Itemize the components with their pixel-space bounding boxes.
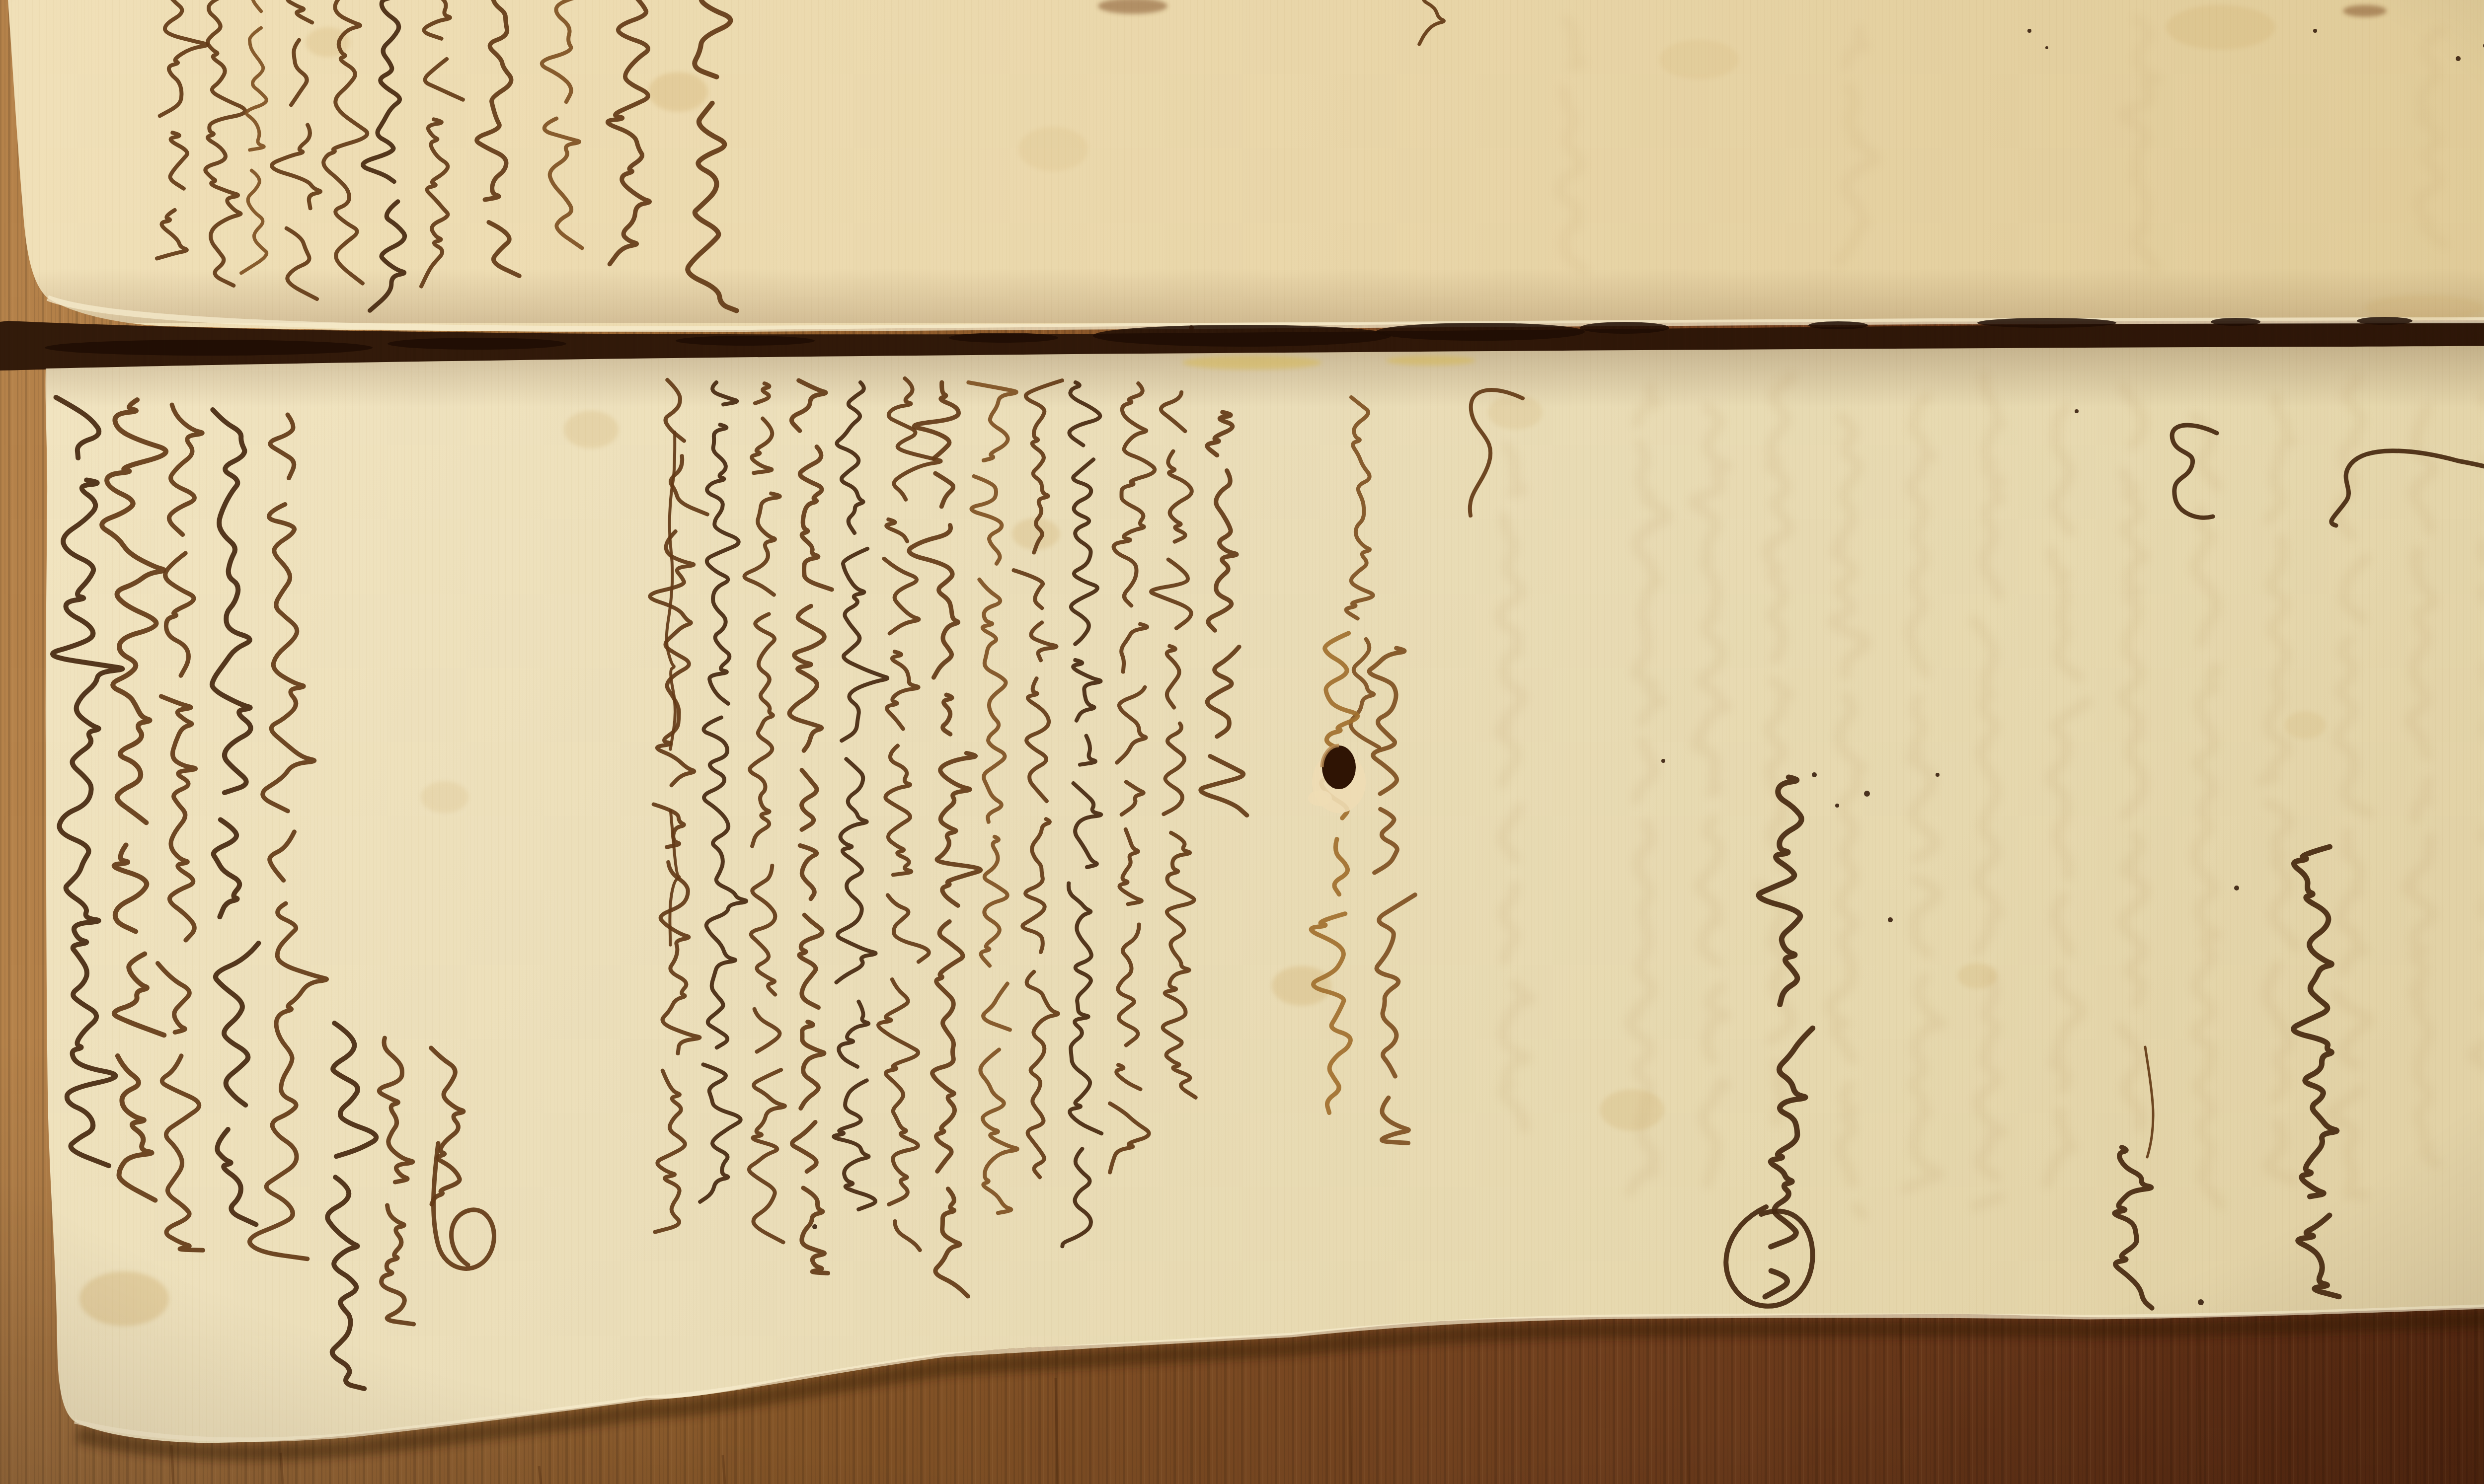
- manuscript-photo: Photograph of a handwritten manuscript l…: [0, 0, 2484, 1484]
- manuscript-photo-scene: Two cream-coloured paper leaves of an ea…: [0, 0, 2484, 1484]
- photo-vignette: [0, 0, 2484, 1484]
